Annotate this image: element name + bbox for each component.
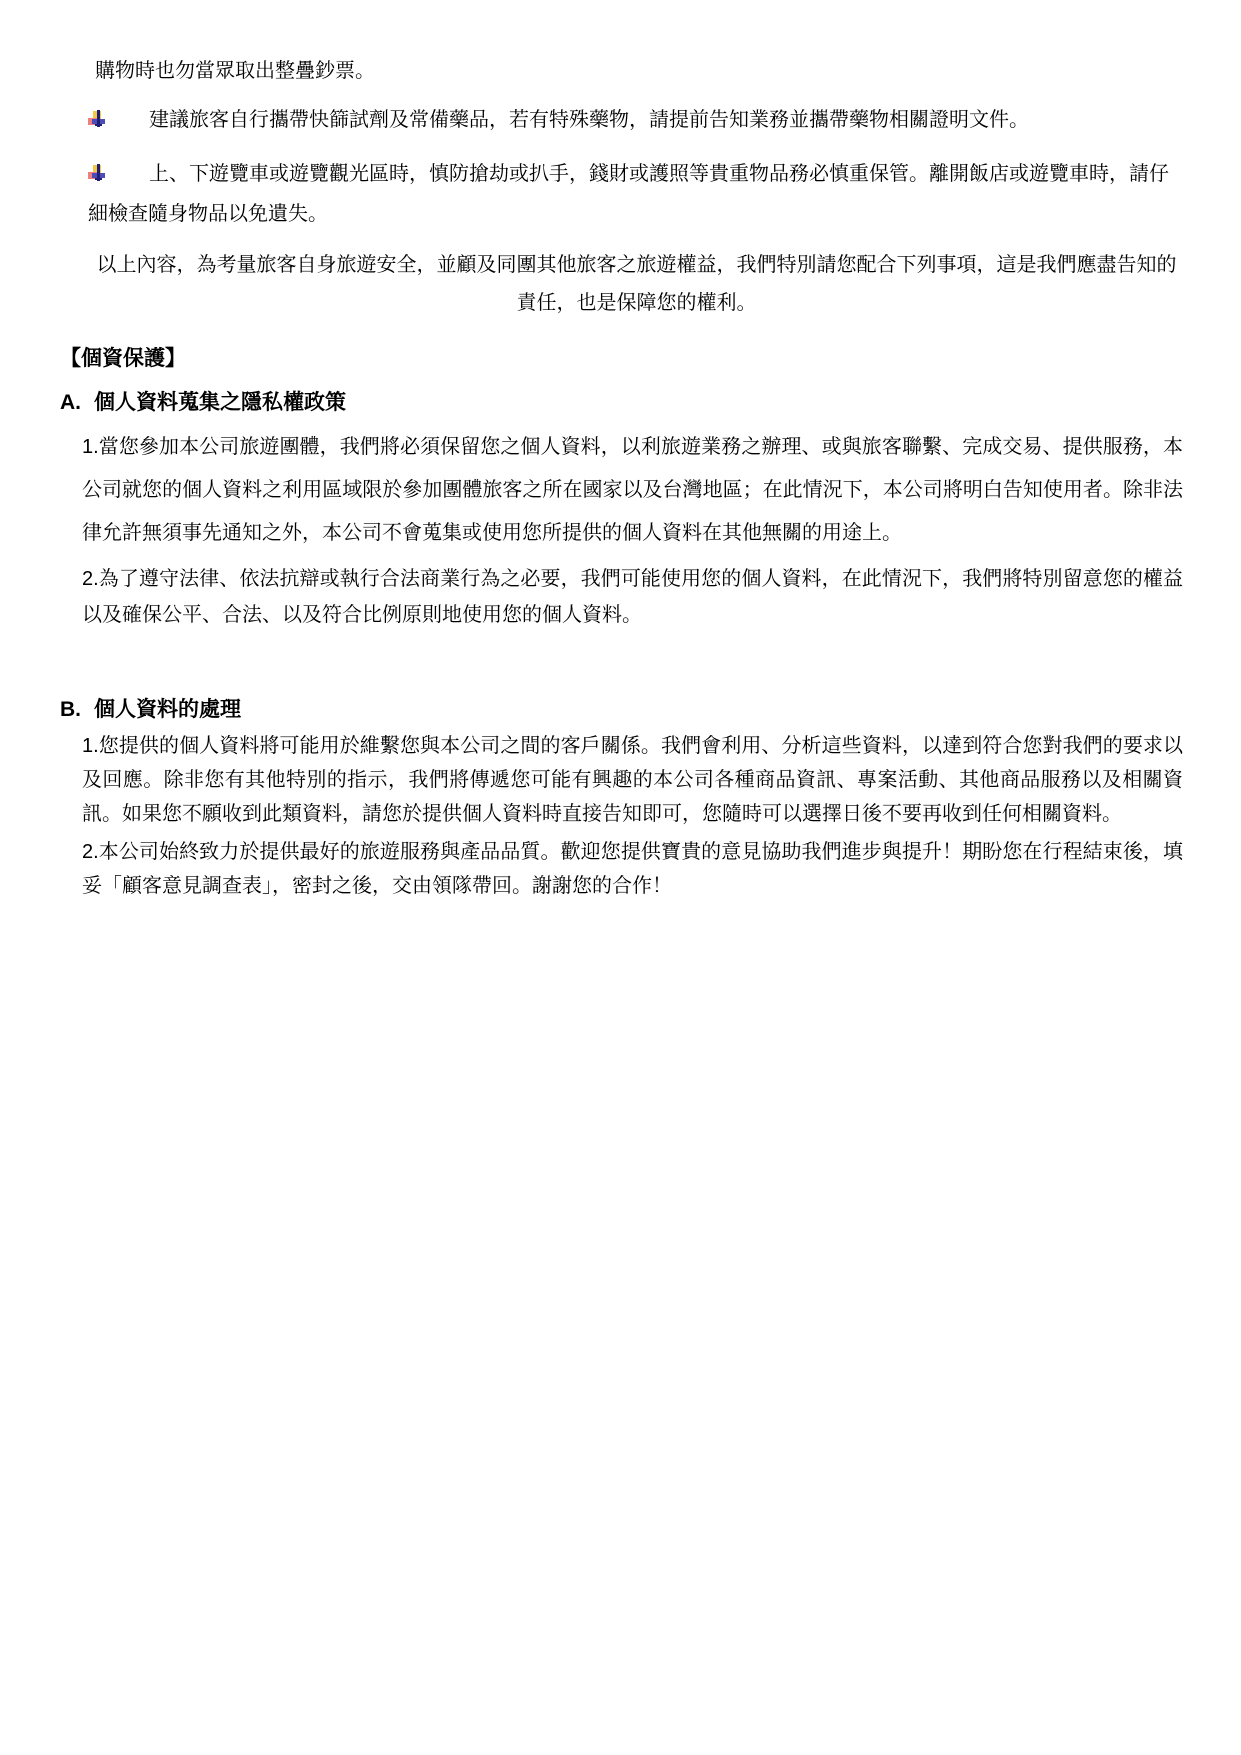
bullet-item-text: 建議旅客自行攜帶快篩試劑及常備藥品，若有特殊藥物，請提前告知業務並攜帶藥物相關證…	[149, 109, 1029, 131]
safety-notice-paragraph: 以上內容，為考量旅客自身旅遊安全，並顧及同團其他旅客之旅遊權益，我們特別請您配合…	[90, 246, 1183, 322]
section-a-title: 個人資料蒐集之隱私權政策	[94, 388, 346, 418]
bullet-item-medication: 建議旅客自行攜帶快篩試劑及常備藥品，若有特殊藥物，請提前告知業務並攜帶藥物相關證…	[88, 100, 1183, 140]
colored-arrow-bullet-icon	[88, 164, 105, 182]
section-b-paragraph-1: 1.您提供的個人資料將可能用於維繫您與本公司之間的客戶關係。我們會利用、分析這些…	[82, 729, 1183, 831]
section-b-paragraph-2: 2.本公司始終致力於提供最好的旅遊服務與產品品質。歡迎您提供寶貴的意見協助我們進…	[82, 835, 1183, 903]
section-a-paragraph-2: 2.為了遵守法律、依法抗辯或執行合法商業行為之必要，我們可能使用您的個人資料，在…	[82, 561, 1183, 633]
bullet-item-text: 上、下遊覽車或遊覽觀光區時，慎防搶劫或扒手，錢財或護照等貴重物品務必慎重保管。離…	[88, 163, 1169, 225]
colored-arrow-bullet-icon	[88, 110, 105, 128]
section-b-title: 個人資料的處理	[94, 695, 241, 725]
section-a-letter: A.	[60, 388, 94, 418]
section-a-paragraph-1: 1.當您參加本公司旅遊團體，我們將必須保留您之個人資料，以利旅遊業務之辦理、或與…	[82, 426, 1183, 555]
section-a-heading: A. 個人資料蒐集之隱私權政策	[60, 388, 1183, 418]
section-b-letter: B.	[60, 695, 94, 725]
privacy-section-title: 【個資保護】	[60, 344, 1183, 374]
document-page: 購物時也勿當眾取出整疊鈔票。 建議旅客自行攜帶快篩試劑及常備藥品，若有特殊藥物，…	[0, 0, 1241, 1755]
shopping-caution-text: 購物時也勿當眾取出整疊鈔票。	[95, 56, 1183, 86]
section-b-heading: B. 個人資料的處理	[60, 695, 1183, 725]
bullet-item-valuables: 上、下遊覽車或遊覽觀光區時，慎防搶劫或扒手，錢財或護照等貴重物品務必慎重保管。離…	[88, 154, 1183, 234]
